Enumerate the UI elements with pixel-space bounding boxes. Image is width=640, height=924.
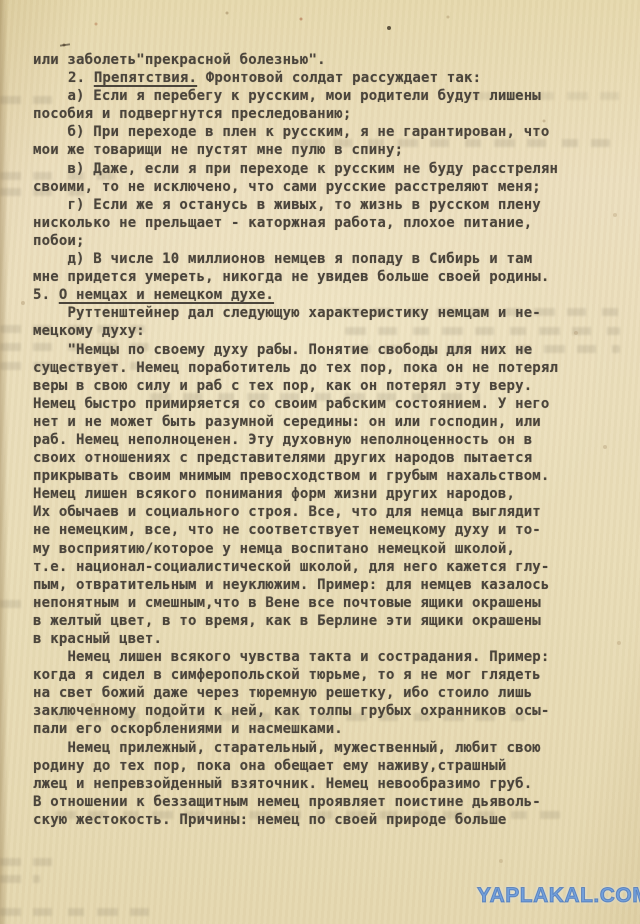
section-5-title: О немцах и немецком духе. [59,287,274,303]
section-2-title: Препятствия. [94,70,197,86]
section-2-items: а) Если я перебегу к русским, мои родите… [33,87,613,286]
bleedthrough-smudge [0,908,150,916]
character-paragraph: Немец прилежный, старательный, мужествен… [33,739,613,829]
bleedthrough-smudge [0,875,40,883]
section-2-opening-line: 2. Препятствия. Фронтовой солдат рассужд… [33,69,613,87]
paper-speckles [0,0,2,2]
bleedthrough-smudge [0,858,55,866]
opening-line: или заболеть"прекрасной болезнью". [33,51,613,69]
tact-paragraph: Немец лишен всякого чувства такта и сост… [33,648,613,738]
section-2-number: 2. [68,70,94,86]
section-2-intro: Фронтовой солдат рассуждает так: [197,70,481,86]
section-5-heading: 5. О немцах и немецком духе. [33,286,613,304]
scanned-document-page: или заболеть"прекрасной болезнью". 2. Пр… [0,0,640,924]
yaplakal-watermark: YAPLAKAL.COM [477,884,640,908]
typewritten-text-column: или заболеть"прекрасной болезнью". 2. Пр… [33,51,613,829]
section-5-number: 5. [33,287,59,303]
page-edge-shading [0,0,8,924]
quote-paragraph: Руттенштейнер дал следующую характеристи… [33,304,613,648]
